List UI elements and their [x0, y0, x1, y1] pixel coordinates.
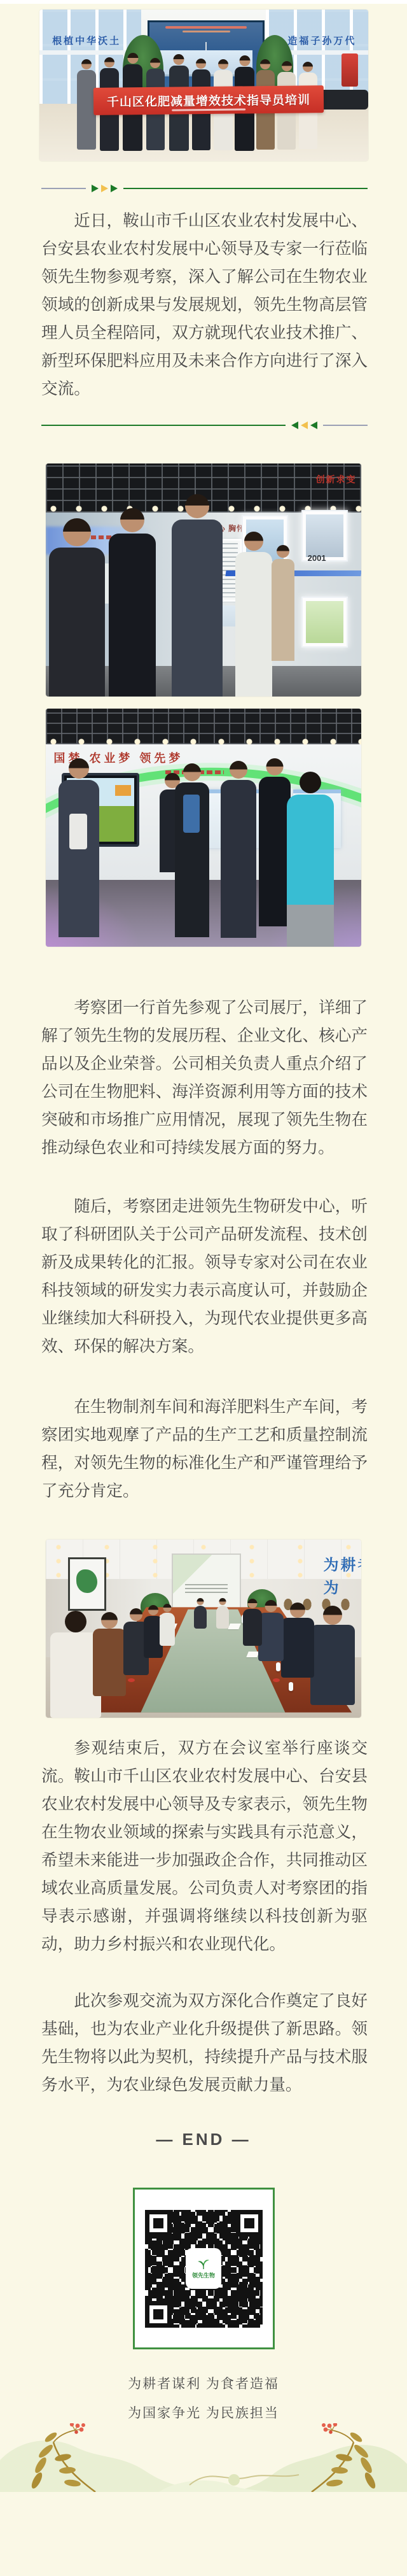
qr-finder-icon	[236, 2210, 263, 2237]
article-page: 根植中华沃土 造福子孙万代 千山区化肥减量增效技术指导员培训	[0, 0, 407, 2576]
paragraph-meeting: 参观结束后，双方在会议室举行座谈交流。鞍山市千山区农业农村发展中心、台安县农业农…	[41, 1734, 368, 1958]
person-silhouette	[49, 548, 105, 697]
wall-blue-text-line1: 为耕者谋	[323, 1552, 361, 1575]
training-banner-text: 千山区化肥减量增效技术指导员培训	[107, 91, 310, 110]
timeline-year: 2001	[308, 553, 326, 563]
divider-arrows-right-icon	[92, 185, 118, 192]
person-silhouette	[259, 777, 291, 926]
qr-logo-text: 领先生物	[192, 2271, 215, 2279]
divider-gray-line	[323, 425, 368, 426]
paragraph-intro: 近日，鞍山市千山区农业农村发展中心、台安县农业农村发展中心领导及专家一行莅临领先…	[41, 207, 368, 403]
person-silhouette	[272, 559, 294, 661]
china-map-frame	[68, 1557, 107, 1611]
paragraph-showroom: 考察团一行首先参观了公司展厅，详细了解了领先生物的发展历程、企业文化、核心产品以…	[41, 994, 368, 1162]
paragraph-conclusion: 此次参观交流为双方深化合作奠定了良好基础，也为农业产业化升级提供了新思路。领先生…	[41, 1987, 368, 2099]
footer-decoration	[0, 2423, 407, 2492]
divider-gray-line	[41, 188, 86, 189]
seated-person	[216, 1606, 229, 1629]
section-divider-left	[41, 421, 368, 430]
qr-code-block[interactable]: 领先生物	[133, 2188, 275, 2349]
seated-person	[160, 1613, 175, 1646]
seated-person	[194, 1606, 207, 1629]
divider-green-line	[41, 425, 286, 426]
screen-subtitle-line	[183, 31, 230, 32]
seated-person	[243, 1609, 262, 1646]
lobby-wall-text-right: 造福子孙万代	[287, 34, 356, 47]
seated-person	[310, 1625, 355, 1705]
seated-person	[258, 1613, 284, 1661]
paragraph-rnd-center: 随后，考察团走进领先生物研发中心，听取了科研团队关于公司产品研发流程、技术创新及…	[41, 1192, 368, 1361]
person-silhouette	[221, 780, 256, 938]
section-divider-right	[41, 184, 368, 193]
end-marker: — END —	[0, 2128, 407, 2151]
white-tshirt	[69, 814, 87, 849]
person-silhouette	[59, 780, 99, 937]
paragraph-workshops: 在生物制剂车间和海洋肥料生产车间，考察团实地观摩了产品的生产工艺和质量控制流程，…	[41, 1393, 368, 1505]
training-banner: 千山区化肥减量增效技术指导员培训	[93, 85, 324, 115]
divider-arrows-left-icon	[291, 421, 317, 429]
lobby-sofa	[319, 90, 368, 110]
footer-slogan-line2: 为国家争光 为民族担当	[0, 2404, 407, 2423]
blue-shirt	[183, 795, 200, 833]
lightbox-frame	[301, 597, 348, 648]
wall-blue-text-line2: 为	[323, 1575, 340, 1597]
photo-lobby-group[interactable]: 根植中华沃土 造福子孙万代 千山区化肥减量增效技术指导员培训	[39, 10, 368, 161]
divider-green-line	[123, 188, 368, 189]
photo-exhibition-dreams[interactable]: 国梦 农业梦 领先梦	[46, 709, 361, 947]
qr-center-logo: 领先生物	[188, 2251, 219, 2286]
vending-machine	[341, 53, 358, 87]
photo-conference-room[interactable]: 为耕者谋 为	[46, 1539, 361, 1718]
person-silhouette	[109, 534, 156, 697]
corner-red-slogan: 创新求变	[316, 473, 357, 486]
seated-person	[93, 1629, 126, 1696]
photo-exhibition-timeline[interactable]: 不忘初心 胸怀民生 1999 2000 2001 创新求变	[46, 464, 361, 697]
sprout-leaf-icon	[197, 2258, 210, 2270]
person-silhouette	[235, 552, 272, 697]
qr-finder-icon	[145, 2210, 172, 2237]
person-silhouette-turquoise	[287, 795, 334, 947]
qr-code: 领先生物	[145, 2210, 263, 2328]
qr-finder-icon	[145, 2301, 172, 2328]
lobby-wall-text-left: 根植中华沃土	[52, 34, 121, 47]
screen-title-line	[165, 26, 247, 29]
person-silhouette	[172, 520, 223, 697]
seated-person	[281, 1618, 314, 1678]
projection-screen	[172, 1553, 240, 1611]
top-strip	[0, 0, 407, 4]
footer-slogan-line1: 为耕者谋利 为食者造福	[0, 2375, 407, 2394]
